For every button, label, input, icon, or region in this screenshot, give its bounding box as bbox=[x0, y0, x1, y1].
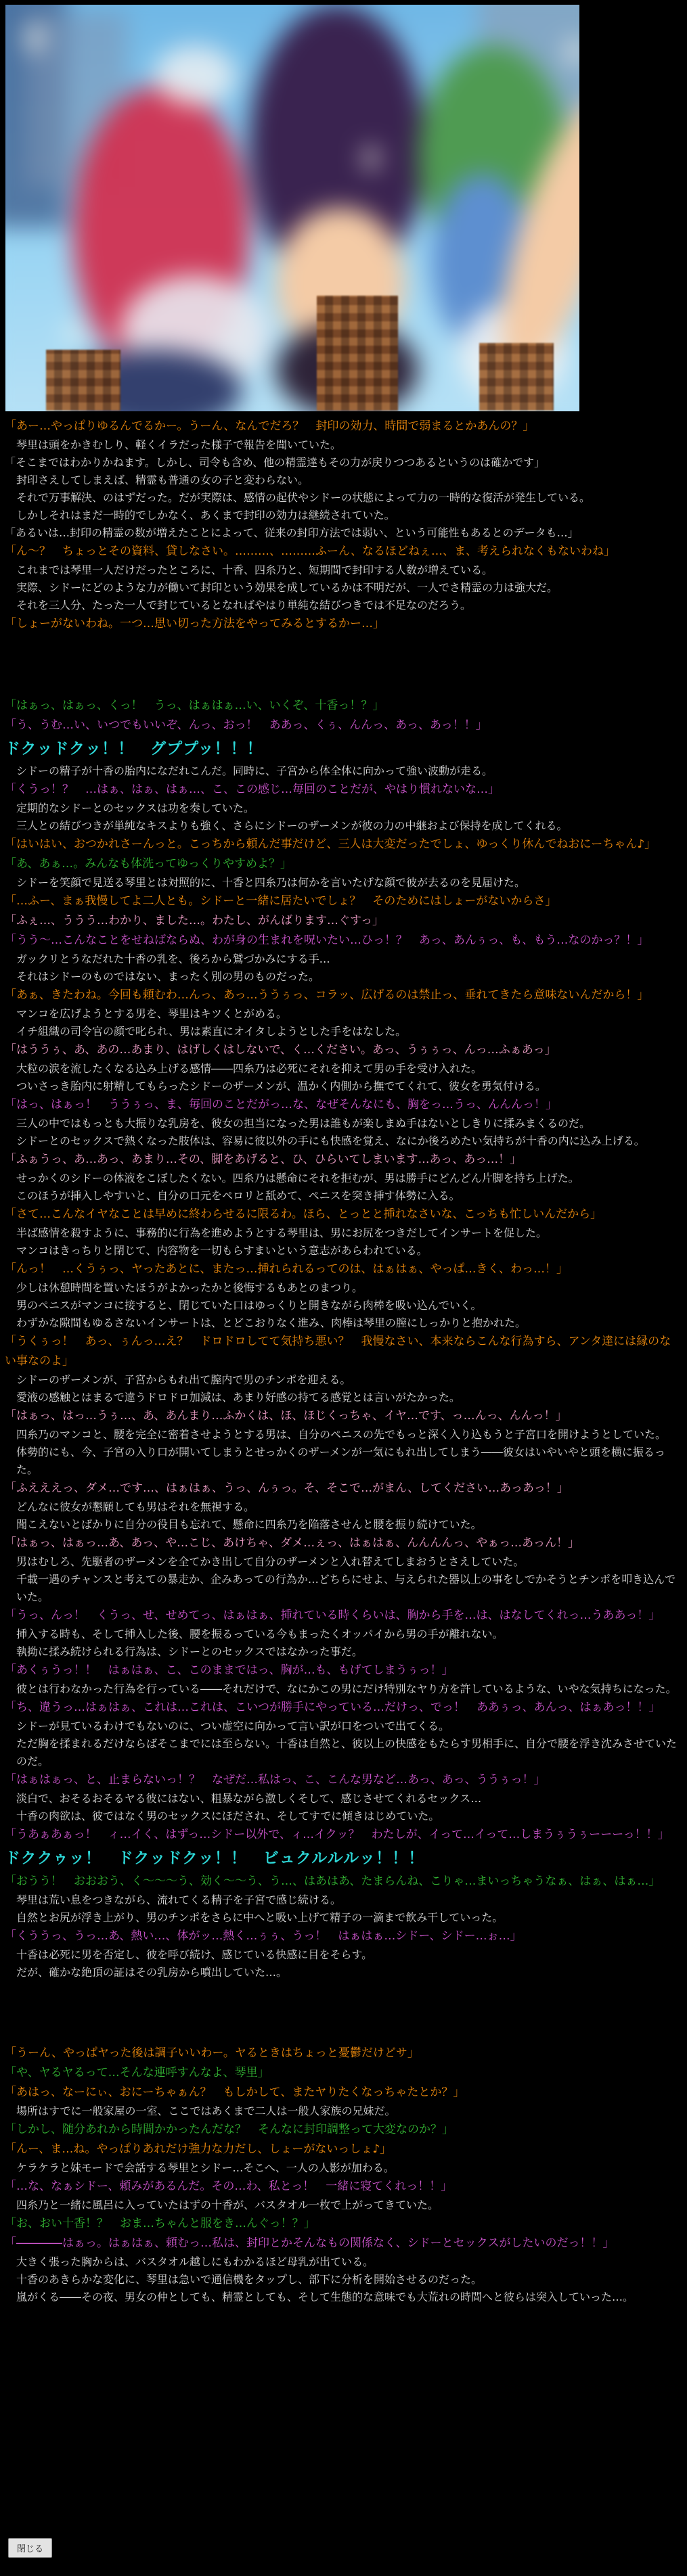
droplet-shape bbox=[567, 39, 579, 64]
narration-line: 封印さえしてしまえば、精霊も普通の女の子と変わらない。 bbox=[5, 471, 682, 489]
narration-line: これまでは琴里一人だけだったところに、十香、四糸乃と、短期間で封印する人数が増え… bbox=[5, 561, 682, 579]
narration-line: 男のペニスがマンコに接すると、閉じていた口はゆっくりと開きながら肉棒を吸い込んで… bbox=[5, 1297, 682, 1314]
log-section: 「はぁっ、はぁっ、くっ！ うっ、はぁはぁ…い、いくぞ、十香っ！？」「う、うむ…い… bbox=[5, 696, 682, 1981]
narration-line: 挿入する時も、そして挿入した後、腰を振るっている今もまったくオッパイから男の手が… bbox=[5, 1626, 682, 1643]
narration-line: 三人との結びつきが単純なキスよりも強く、さらにシドーのザーメンが彼の力の中継およ… bbox=[5, 817, 682, 835]
narration-line: 聞こえないとばかりに自分の役目も忘れて、懸命に四糸乃を陥落させんと腰を振り続けて… bbox=[5, 1516, 682, 1534]
narration-line: 愛液の感触とはまるで違うドロドロ加減は、あまり好感の持てる感覚とは言いがたかった… bbox=[5, 1389, 682, 1406]
narration-line: 千載一遇のチャンスと考えての暴走か、企みあっての行為か…どちらにせよ、与えられた… bbox=[5, 1571, 682, 1606]
dialogue-line: 「さて…こんなイヤなことは早めに終わらせるに限るわ。ほら、とっとと挿れなさいな、… bbox=[5, 1205, 682, 1224]
dialogue-line: 「や、ヤるヤるって…そんな連呼すんなよ、琴里」 bbox=[5, 2063, 682, 2083]
narration-line: 執拗に揉み続けられる行為は、シドーとのセックスではなかった事だ。 bbox=[5, 1643, 682, 1661]
narration-line: 四糸乃のマンコと、腰を完全に密着させようとする男は、自分のペニスの先でもっと深く… bbox=[5, 1426, 682, 1444]
narration-line: ケラケラと妹モードで会話する琴里とシドー…そこへ、一人の人影が加わる。 bbox=[5, 2159, 682, 2177]
narration-line: 淡白で、おそるおそるヤる彼にはない、粗暴ながら激しくそして、感じさせてくれるセッ… bbox=[5, 1790, 682, 1808]
sfx-line: ドクッドクッ！！ グププッ！！！ bbox=[5, 735, 682, 762]
narration-line: しかしそれはまだ一時的でしかなく、あくまで封印の効力は継続されていた。 bbox=[5, 507, 682, 524]
narration-line: それを三人分、たった一人で封じているとなればやはり単純な結びつきでは不足なのだろ… bbox=[5, 597, 682, 614]
dialogue-line: 「…ふー、まぁ我慢してよ二人とも。シドーと一緒に居たいでしょ？ そのためにはしょ… bbox=[5, 892, 682, 911]
narration-line: 三人の中ではもっとも大振りな乳房を、彼女の担当になった男は誰もが楽しまぬ手はない… bbox=[5, 1115, 682, 1132]
dialogue-line: 「そこまではわかりかねます。しかし、司令も含め、他の精霊達もその力が戻りつつある… bbox=[5, 454, 682, 471]
narration-line: ついさっき胎内に射精してもらったシドーのザーメンが、温かく内側から撫でてくれて、… bbox=[5, 1078, 682, 1095]
narration-line: だが、確かな絶頂の証はその乳房から噴出していた…。 bbox=[5, 1964, 682, 1981]
close-button[interactable]: 閉じる bbox=[8, 2538, 52, 2558]
narration-line: イチ組織の司令官の顔で叱られ、男は素直にオイタしようとした手をはなした。 bbox=[5, 1023, 682, 1040]
narration-line: 実際、シドーにどのような力が働いて封印という効果を成しているかは不明だが、一人で… bbox=[5, 579, 682, 597]
dialogue-line: 「くうっ！？ …はぁ、はぁ、はぁ…、こ、この感じ…毎回のことだが、やはり慣れない… bbox=[5, 780, 682, 800]
droplet-shape bbox=[364, 147, 378, 170]
narration-line: それで万事解決、のはずだった。だが実際は、感情の起伏やシドーの状態によって力の一… bbox=[5, 489, 682, 507]
narration-line: どんなに彼女が懇願しても男はそれを無視する。 bbox=[5, 1498, 682, 1516]
dialogue-line: 「んー、ま…ね。やっぱりあれだけ強力な力だし、しょーがないっしょ♪」 bbox=[5, 2140, 682, 2159]
narration-line: マンコはきっちりと閉じて、内容物を一切もらすまいという意志があらわれている。 bbox=[5, 1242, 682, 1260]
censor-mosaic bbox=[46, 350, 120, 411]
narration-line: 嵐がくる――その夜、男女の仲としても、精霊としても、そして生態的な意味でも大荒れ… bbox=[5, 2288, 682, 2306]
dialogue-line: 「ち、違うっ…はぁはぁ、これは…これは、こいつが勝手にやっている…だけっ、でっ！… bbox=[5, 1698, 682, 1718]
narration-line: 大きく張った胸からは、バスタオル越しにもわかるほど母乳が出ている。 bbox=[5, 2253, 682, 2271]
narration-line: 彼とは行わなかった行為を行っている――それだけで、なにかこの男にだけ特別なヤり方… bbox=[5, 1680, 682, 1698]
event-cg bbox=[5, 5, 579, 411]
dialogue-line: 「うっ、んっ！ くうっ、せ、せめてっ、はぁはぁ、挿れている時くらいは、胸から手を… bbox=[5, 1606, 682, 1626]
dialogue-line: 「しょーがないわね。一つ…思い切った方法をやってみるとするかー…」 bbox=[5, 614, 682, 634]
dialogue-line: 「うあぁあぁっ！ ィ…イく、はずっ…シドー以外で、ィ…イクッ？ わたしが、イって… bbox=[5, 1825, 682, 1845]
narration-line: 自然とお尻が浮き上がり、男のチンポをさらに中へと吸い上げて精子の一滴まで飲み干し… bbox=[5, 1909, 682, 1927]
narration-line: 十香の肉欲は、彼ではなく男のセックスにほだされ、そしてすでに傾きはじめていた。 bbox=[5, 1808, 682, 1825]
dialogue-line: 「はっ、はぁっ！ ううぅっ、ま、毎回のことだがっ…な、なぜそんなにも、胸をっ…う… bbox=[5, 1095, 682, 1115]
dialogue-line: 「はぁはぁっ、と、止まらないっ！？ なぜだ…私はっ、こ、こんな男など…あっ、あっ… bbox=[5, 1770, 682, 1790]
dialogue-line: 「うくぅっ！ あっ、ぅんっ…え？ ドロドロしてて気持ち悪い？ 我慢なさい、本来な… bbox=[5, 1332, 682, 1371]
narration-line: 男はむしろ、先駆者のザーメンを全てかき出して自分のザーメンと入れ替えてしまおうと… bbox=[5, 1553, 682, 1571]
dialogue-line: 「うーん、やっぱヤった後は調子いいわー。ヤるときはちょっと憂鬱だけどサ」 bbox=[5, 2044, 682, 2063]
dialogue-line: 「あ、あぁ…。みんなも体洗ってゆっくりやすめよ？」 bbox=[5, 854, 682, 874]
dialogue-line: 「はいはい、おつかれさーんっと。こっちから頼んだ事だけど、三人は大変だったでしょ… bbox=[5, 835, 682, 854]
narration-line: 定期的なシドーとのセックスは功を奏していた。 bbox=[5, 800, 682, 817]
dialogue-line: 「あはっ、なーにぃ、おにーちゃぁん？ もしかして、またヤりたくなっちゃたとか？」 bbox=[5, 2083, 682, 2102]
narration-line: 体勢的にも、今、子宮の入り口が開いてしまうとせっかくのザーメンが一気にもれ出して… bbox=[5, 1444, 682, 1479]
narration-line: 大粒の涙を流したくなる込み上げる感情――四糸乃は必死にそれを抑えて男の手を受け入… bbox=[5, 1060, 682, 1078]
narration-line: せっかくのシドーの体液をこぼしたくない。四糸乃は懸命にそれを拒むが、男は勝手にど… bbox=[5, 1170, 682, 1187]
censor-mosaic bbox=[479, 343, 554, 411]
narration-line: 半ば感情を殺すように、事務的に行為を進めようとする琴里は、男にお尻をつきだしてイ… bbox=[5, 1224, 682, 1242]
narration-line: 場所はすでに一般家屋の一室、ここではあくまで二人は一般人家族の兄妹だ。 bbox=[5, 2102, 682, 2120]
dialogue-line: 「う、うむ…い、いつでもいいぞ、んっ、おっ！ ああっ、くぅ、んんっ、あっ、あっ！… bbox=[5, 716, 682, 735]
dialogue-line: 「うう～…こんなことをせねばならぬ、わが身の生まれを呪いたい…ひっ！？ あっ、あ… bbox=[5, 931, 682, 950]
dialogue-line: 「ふぇ…、ううう…わかり、ました…。わたし、がんばります…ぐすっ」 bbox=[5, 911, 682, 931]
narration-line: 四糸乃と一緒に風呂に入っていたはずの十香が、バスタオル一枚で上がってきていた。 bbox=[5, 2196, 682, 2214]
dialogue-line: 「あぁ、きたわね。今回も頼むわ…んっ、あっ…ううぅっ、コラッ、広げるのは禁止っ、… bbox=[5, 986, 682, 1005]
sfx-line: ドククゥッ！ ドクッドクッ！！ ビュクルルルッ！！！ bbox=[5, 1845, 682, 1872]
censor-mosaic bbox=[317, 296, 398, 411]
narration-line: それはシドーのものではない、まったく別の男のものだった。 bbox=[5, 968, 682, 986]
dialogue-line: 「ふえええっ、ダメ…です…、はぁはぁ、うっ、んぅっ。そ、そこで…がまん、してくだ… bbox=[5, 1479, 682, 1498]
dialogue-line: 「しかし、随分あれから時間かかったんだな？ そんなに封印調整って大変なのか？」 bbox=[5, 2120, 682, 2140]
narration-line: シドーを笑顔で見送る琴里とは対照的に、十香と四糸乃は何かを言いたげな顔で彼が去る… bbox=[5, 874, 682, 892]
log-section: 「うーん、やっぱヤった後は調子いいわー。ヤるときはちょっと憂鬱だけどサ」「や、ヤ… bbox=[5, 2044, 682, 2306]
narration-line: マンコを広げようとする男を、琴里はキツくとがめる。 bbox=[5, 1005, 682, 1023]
narration-line: 十香は必死に男を否定し、彼を呼び続け、感じている快感に目をそらす。 bbox=[5, 1946, 682, 1964]
dialogue-line: 「あるいは…封印の精霊の数が増えたことによって、従来の封印方法では弱い、という可… bbox=[5, 524, 682, 542]
dialogue-line: 「――――はぁっ。はぁはぁ、頼むっ…私は、封印とかそんなもの関係なく、シドーとセ… bbox=[5, 2234, 682, 2253]
narration-line: 少しは休憩時間を置いたほうがよかったかと後悔するもあとのまつり。 bbox=[5, 1279, 682, 1297]
dialogue-line: 「んっ！ …くうぅっ、ヤったあとに、またっ…挿れられるってのは、はぁはぁ、やっぱ… bbox=[5, 1260, 682, 1279]
scenario-text-log: 「あー…やっぱりゆるんでるかー。うーん、なんでだろ？ 封印の効力、時間で弱まると… bbox=[5, 417, 682, 2306]
figure-ribbon bbox=[154, 45, 236, 106]
narration-line: シドーとのセックスで熱くなった肢体は、容易に彼以外の手にも快感を覚え、なにか後ろ… bbox=[5, 1132, 682, 1150]
droplet-shape bbox=[66, 323, 81, 343]
dialogue-line: 「くううっ、うっ…あ、熱い…、体がッ…熱く…ぅぅ、うっ！ はぁはぁ…シドー、シド… bbox=[5, 1927, 682, 1946]
dialogue-line: 「…な、なぁシドー、頼みがあるんだ。その…わ、私とっ！ 一緒に寝てくれっ！！」 bbox=[5, 2177, 682, 2196]
narration-line: シドーが見ているわけでもないのに、つい虚空に向かって言い訳が口をついで出てくる。 bbox=[5, 1718, 682, 1735]
dialogue-line: 「はぁっ、はっ…うぅ…、あ、あんまり…ふかくは、ほ、ほじくっちゃ、イヤ…です、っ… bbox=[5, 1406, 682, 1426]
narration-line: 琴里は荒い息をつきながら、流れてくる精子を子宮で感じ続ける。 bbox=[5, 1891, 682, 1909]
dialogue-line: 「ふぁうっ、あ…あっ、あまり…その、脚をあげると、ひ、ひらいてしまいます…あっ、… bbox=[5, 1150, 682, 1170]
narration-line: シドーのザーメンが、子宮からもれ出て膣内で男のチンポを迎える。 bbox=[5, 1371, 682, 1389]
dialogue-line: 「ん～？ ちょっとその資料、貸しなさい。………、………ふーん、なるほどねぇ…、ま… bbox=[5, 542, 682, 561]
dialogue-line: 「あー…やっぱりゆるんでるかー。うーん、なんでだろ？ 封印の効力、時間で弱まると… bbox=[5, 417, 682, 436]
log-section: 「あー…やっぱりゆるんでるかー。うーん、なんでだろ？ 封印の効力、時間で弱まると… bbox=[5, 417, 682, 634]
narration-line: ただ胸を揉まれるだけならばそこまでには至らない。十香は自然と、彼以上の快感をもた… bbox=[5, 1735, 682, 1770]
dialogue-line: 「はぁっ、はぁっ、くっ！ うっ、はぁはぁ…い、いくぞ、十香っ！？」 bbox=[5, 696, 682, 716]
dialogue-line: 「おうう！ おおおう、く～～～う、効く～～う、う…、はあはあ、たまらんね、こりゃ… bbox=[5, 1872, 682, 1891]
dialogue-line: 「はぁっ、はぁっ…あ、あっ、や…こじ、あけちゃ、ダメ…ぇっ、はぁはぁ、んんんんっ… bbox=[5, 1534, 682, 1553]
droplet-shape bbox=[26, 25, 43, 52]
narration-line: ガックリとうなだれた十香の乳を、後ろから鷲づかみにする手… bbox=[5, 950, 682, 968]
narration-line: わずかな隙間もゆるさないインサートは、とどこおりなく進み、肉棒は琴里の膣にしっか… bbox=[5, 1314, 682, 1332]
dialogue-line: 「あくぅうっ！！ はぁはぁ、こ、このままではっ、胸が…も、もげてしまうぅっ！」 bbox=[5, 1661, 682, 1680]
dialogue-line: 「お、おい十香！？ おま…ちゃんと服をき…んぐっ！？」 bbox=[5, 2214, 682, 2234]
narration-line: シドーの精子が十香の胎内になだれこんだ。同時に、子宮から体全体に向かって強い波動… bbox=[5, 762, 682, 780]
narration-line: このほうが挿入しやすいと、自分の口元をペロリと舐めて、ペニスを突き挿す体勢に入る… bbox=[5, 1187, 682, 1205]
narration-line: 琴里は頭をかきむしり、軽くイラだった様子で報告を聞いていた。 bbox=[5, 436, 682, 454]
dialogue-line: 「はううぅ、あ、あの…あまり、はげしくはしないで、く…ください。あっ、うぅぅっ、… bbox=[5, 1040, 682, 1060]
narration-line: 十香のあきらかな変化に、琴里は急いで通信機をタップし、部下に分析を開始させるのだ… bbox=[5, 2271, 682, 2288]
